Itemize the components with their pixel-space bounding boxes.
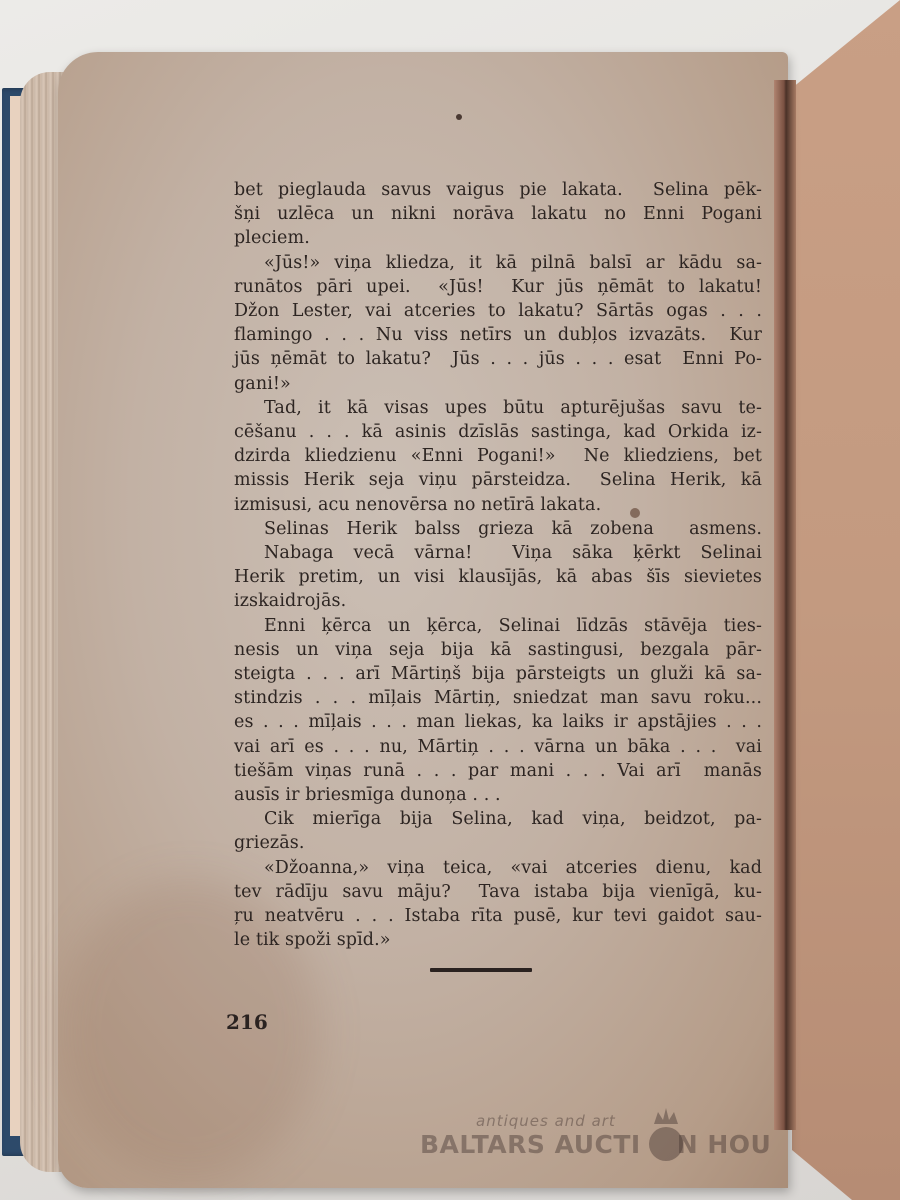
text-line: ausīs ir briesmīga dunoņa . . . <box>234 783 762 807</box>
text-line: cēšanu . . . kā asinis dzīslās sastinga,… <box>234 420 762 444</box>
text-line: missis Herik seja viņu pārsteidza. Selin… <box>234 468 762 492</box>
text-line: gani!» <box>234 372 762 396</box>
text-line: šņi uzlēca un nikni norāva lakatu no Enn… <box>234 202 762 226</box>
text-line: tiešām viņas runā . . . par mani . . . V… <box>234 759 762 783</box>
watermark-subtitle: antiques and art <box>476 1112 616 1130</box>
text-line: tev rādīju savu māju? Tava istaba bija v… <box>234 880 762 904</box>
text-line: Nabaga vecā vārna! Viņa sāka ķērkt Selin… <box>234 541 762 565</box>
text-line: griezās. <box>234 831 762 855</box>
text-line: es . . . mīļais . . . man liekas, ka lai… <box>234 710 762 734</box>
section-end-rule <box>430 968 532 972</box>
page-dot <box>456 114 462 120</box>
text-line: dzirda kliedzienu «Enni Pogani!» Ne klie… <box>234 444 762 468</box>
text-line: Džon Lester, vai atceries to lakatu? Sār… <box>234 299 762 323</box>
book-gutter <box>774 80 796 1130</box>
text-line: le tik spoži spīd.» <box>234 928 762 952</box>
text-line: jūs ņēmāt to lakatu? Jūs . . . jūs . . .… <box>234 347 762 371</box>
text-line: flamingo . . . Nu viss netīrs un dubļos … <box>234 323 762 347</box>
right-page <box>792 0 900 1200</box>
text-line: nesis un viņa seja bija kā sastingusi, b… <box>234 638 762 662</box>
text-line: izskaidrojās. <box>234 589 762 613</box>
text-line: Herik pretim, un visi klausījās, kā abas… <box>234 565 762 589</box>
crown-orb-logo-icon <box>646 1104 686 1164</box>
text-line: Selinas Herik balss grieza kā zobena asm… <box>234 517 762 541</box>
watermark-title: BALTARS AUCTIN HOU <box>420 1130 771 1159</box>
text-line: pleciem. <box>234 226 762 250</box>
text-line: steigta . . . arī Mārtiņš bija pārsteigt… <box>234 662 762 686</box>
text-line: ŗu neatvēru . . . Istaba rīta pusē, kur … <box>234 904 762 928</box>
page-number: 216 <box>226 1010 268 1034</box>
text-line: bet pieglauda savus vaigus pie lakata. S… <box>234 178 762 202</box>
text-line: Cik mierīga bija Selina, kad viņa, beidz… <box>234 807 762 831</box>
watermark-title-part1: BALTARS AUCTI <box>420 1130 641 1159</box>
text-line: izmisusi, acu nenovērsa no netīrā lakata… <box>234 493 762 517</box>
text-line: runātos pāri upei. «Jūs! Kur jūs ņēmāt t… <box>234 275 762 299</box>
page-text: bet pieglauda savus vaigus pie lakata. S… <box>234 178 762 953</box>
watermark: antiques and art BALTARS AUCTIN HOU <box>420 1112 820 1172</box>
text-line: «Džoanna,» viņa teica, «vai atceries die… <box>234 856 762 880</box>
text-line: Tad, it kā visas upes būtu apturējušas s… <box>234 396 762 420</box>
text-line: stindzis . . . mīļais Mārtiņ, sniedzat m… <box>234 686 762 710</box>
watermark-title-part2: N HOU <box>677 1130 772 1159</box>
text-line: Enni ķērca un ķērca, Selinai līdzās stāv… <box>234 614 762 638</box>
text-line: vai arī es . . . nu, Mārtiņ . . . vārna … <box>234 735 762 759</box>
text-line: «Jūs!» viņa kliedza, it kā pilnā balsī a… <box>234 251 762 275</box>
